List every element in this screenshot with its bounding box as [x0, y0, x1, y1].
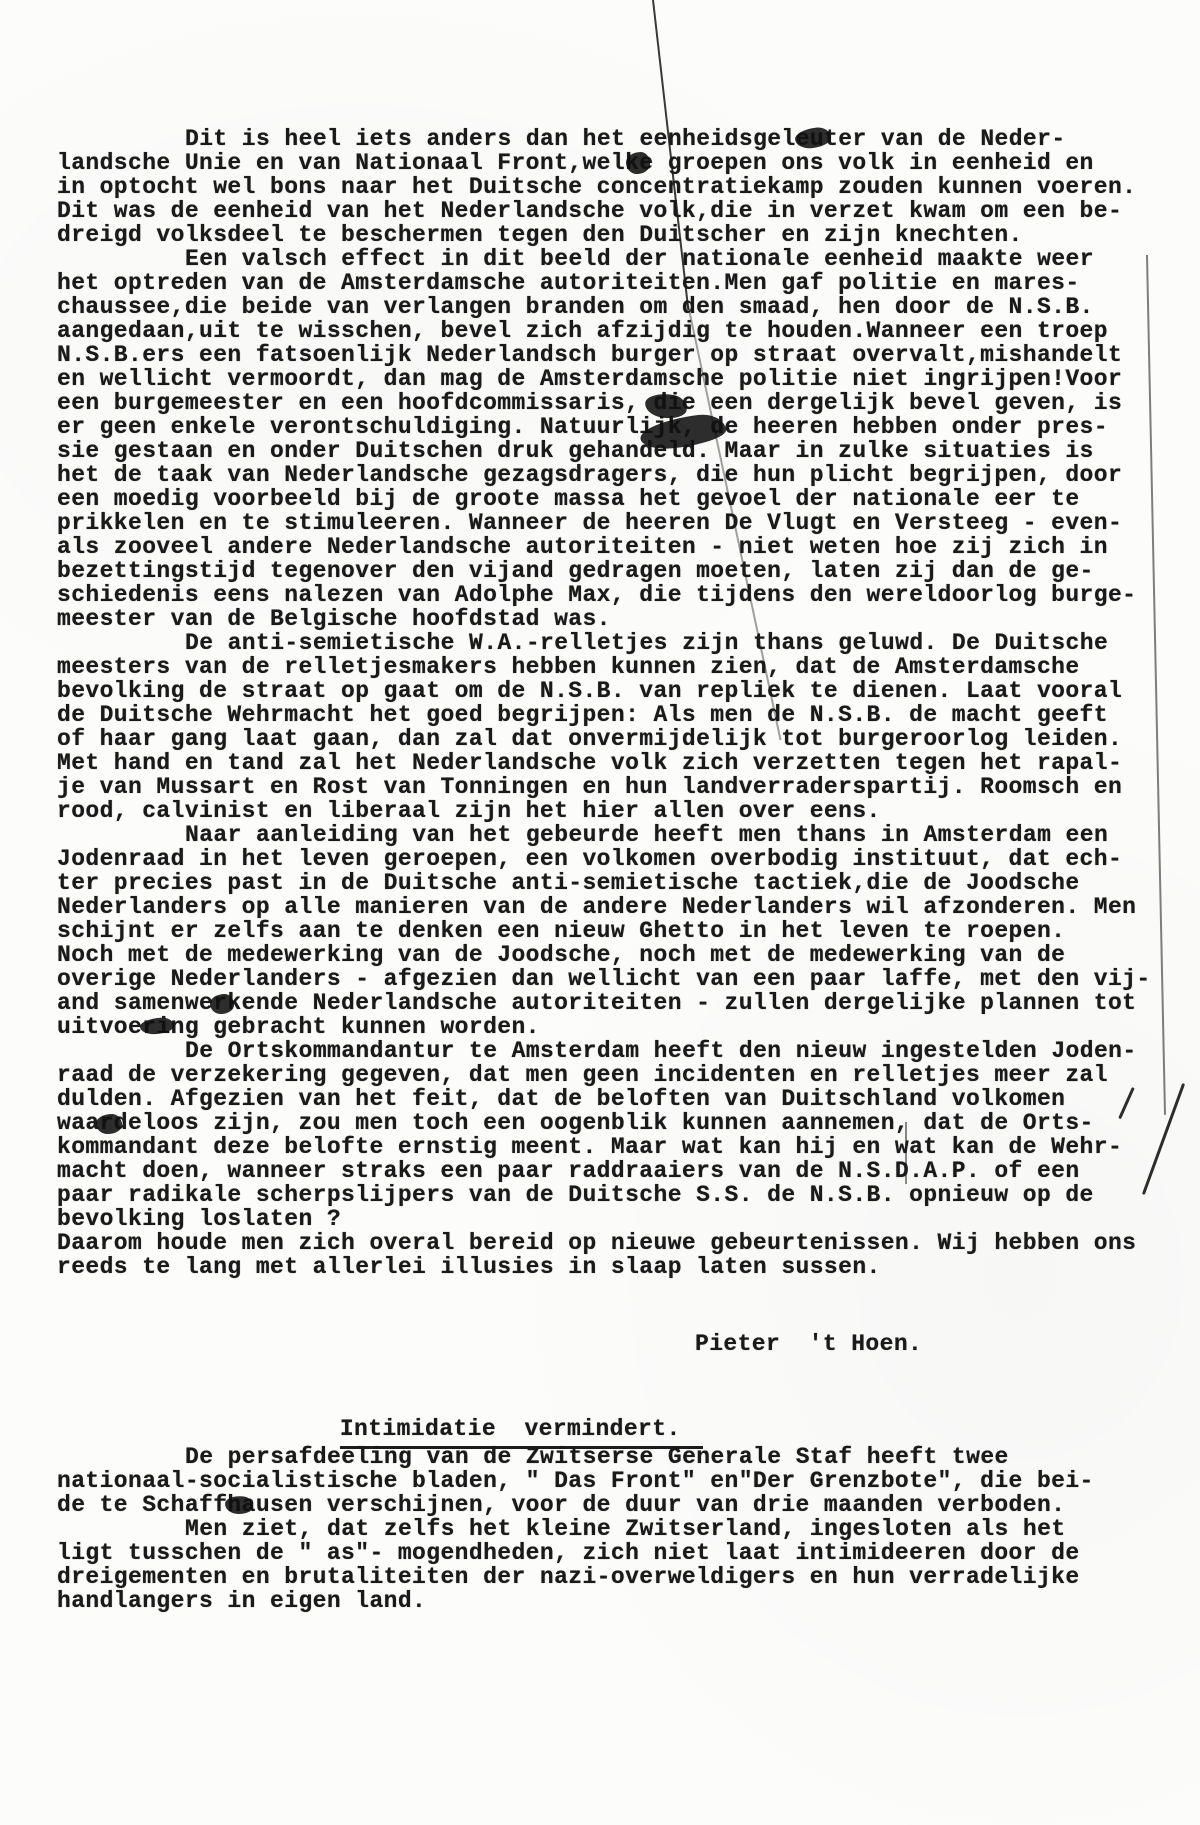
article-1-body: Dit is heel iets anders dan het eenheids…: [57, 127, 1151, 1279]
text-line: het optreden van de Amsterdamsche autori…: [57, 271, 1151, 295]
text-line: als zooveel andere Nederlandsche autorit…: [57, 535, 1151, 559]
paragraph: De persafdeeling van de Zwitserse Genera…: [57, 1445, 1094, 1517]
text-line: meesters van de relletjesmakers hebben k…: [57, 655, 1151, 679]
text-line: of haar gang laat gaan, dan zal dat onve…: [57, 727, 1151, 751]
text-line: je van Mussart en Rost van Tonningen en …: [57, 775, 1151, 799]
text-line: ter precies past in de Duitsche anti-sem…: [57, 871, 1151, 895]
ink-blot: [626, 152, 650, 174]
text-line: meester van de Belgische hoofdstad was.: [57, 607, 1151, 631]
text-line: overige Nederlanders - afgezien dan well…: [57, 967, 1151, 991]
paragraph: Een valsch effect in dit beeld der natio…: [57, 247, 1151, 631]
text-line: bevolking loslaten ?: [57, 1207, 1151, 1231]
text-line: sie gestaan en onder Duitschen druk geha…: [57, 439, 1151, 463]
text-line: landsche Unie en van Nationaal Front,wel…: [57, 151, 1151, 175]
text-line: paar radikale scherpslijpers van de Duit…: [57, 1183, 1151, 1207]
text-line: Een valsch effect in dit beeld der natio…: [57, 247, 1151, 271]
text-line: Met hand en tand zal het Nederlandsche v…: [57, 751, 1151, 775]
text-line: chaussee,die beide van verlangen branden…: [57, 295, 1151, 319]
text-line: N.S.B.ers een fatsoenlijk Nederlandsch b…: [57, 343, 1151, 367]
text-line: dulden. Afgezien van het feit, dat de be…: [57, 1087, 1151, 1111]
text-line: ligt tusschen de " as"- mogendheden, zic…: [57, 1541, 1094, 1565]
article-2-body: De persafdeeling van de Zwitserse Genera…: [57, 1445, 1094, 1613]
text-line: nationaal-socialistische bladen, " Das F…: [57, 1469, 1094, 1493]
scan-page: Dit is heel iets anders dan het eenheids…: [0, 0, 1200, 1825]
text-line: een moedig voorbeeld bij de groote massa…: [57, 487, 1151, 511]
text-line: rood, calvinist en liberaal zijn het hie…: [57, 799, 1151, 823]
text-line: de Duitsche Wehrmacht het goed begrijpen…: [57, 703, 1151, 727]
paragraph: Daarom houde men zich overal bereid op n…: [57, 1231, 1151, 1279]
text-line: bevolking de straat op gaat om de N.S.B.…: [57, 679, 1151, 703]
text-line: aangedaan,uit te wisschen, bevel zich af…: [57, 319, 1151, 343]
text-line: De persafdeeling van de Zwitserse Genera…: [57, 1445, 1094, 1469]
text-line: de te Schaffhausen verschijnen, voor de …: [57, 1493, 1094, 1517]
paragraph: De anti-semietische W.A.-relletjes zijn …: [57, 631, 1151, 823]
text-line: er geen enkele verontschuldiging. Natuur…: [57, 415, 1151, 439]
text-line: een burgemeester en een hoofdcommissaris…: [57, 391, 1151, 415]
text-line: het de taak van Nederlandsche gezagsdrag…: [57, 463, 1151, 487]
text-line: Noch met de medewerking van de Joodsche,…: [57, 943, 1151, 967]
text-line: prikkelen en te stimuleeren. Wanneer de …: [57, 511, 1151, 535]
text-line: kommandant deze belofte ernstig meent. M…: [57, 1135, 1151, 1159]
text-line: Daarom houde men zich overal bereid op n…: [57, 1231, 1151, 1255]
text-line: waardeloos zijn, zou men toch een oogenb…: [57, 1111, 1151, 1135]
text-line: De Ortskommandantur te Amsterdam heeft d…: [57, 1039, 1151, 1063]
text-line: handlangers in eigen land.: [57, 1589, 1094, 1613]
paragraph: Men ziet, dat zelfs het kleine Zwitserla…: [57, 1517, 1094, 1613]
text-line: schijnt er zelfs aan te denken een nieuw…: [57, 919, 1151, 943]
text-line: Dit was de eenheid van het Nederlandsche…: [57, 199, 1151, 223]
paragraph: Dit is heel iets anders dan het eenheids…: [57, 127, 1151, 247]
text-line: dreigd volksdeel te beschermen tegen den…: [57, 223, 1151, 247]
paragraph: De Ortskommandantur te Amsterdam heeft d…: [57, 1039, 1151, 1231]
text-line: bezettingstijd tegenover den vijand gedr…: [57, 559, 1151, 583]
text-line: Nederlanders op alle manieren van de and…: [57, 895, 1151, 919]
text-line: uitvoering gebracht kunnen worden.: [57, 1015, 1151, 1039]
ink-blot: [96, 1114, 122, 1134]
text-line: raad de verzekering gegeven, dat men gee…: [57, 1063, 1151, 1087]
text-line: Naar aanleiding van het gebeurde heeft m…: [57, 823, 1151, 847]
text-line: macht doen, wanneer straks een paar radd…: [57, 1159, 1151, 1183]
text-line: De anti-semietische W.A.-relletjes zijn …: [57, 631, 1151, 655]
text-line: dreigementen en brutaliteiten der nazi-o…: [57, 1565, 1094, 1589]
text-line: Men ziet, dat zelfs het kleine Zwitserla…: [57, 1517, 1094, 1541]
text-line: en wellicht vermoordt, dan mag de Amster…: [57, 367, 1151, 391]
text-line: Jodenraad in het leven geroepen, een vol…: [57, 847, 1151, 871]
text-line: schiedenis eens nalezen van Adolphe Max,…: [57, 583, 1151, 607]
text-line: reeds te lang met allerlei illusies in s…: [57, 1255, 1151, 1279]
ink-blot: [210, 994, 234, 1014]
text-line: Dit is heel iets anders dan het eenheids…: [57, 127, 1151, 151]
text-line: in optocht wel bons naar het Duitsche co…: [57, 175, 1151, 199]
author-signature: Pieter 't Hoen.: [695, 1332, 922, 1356]
